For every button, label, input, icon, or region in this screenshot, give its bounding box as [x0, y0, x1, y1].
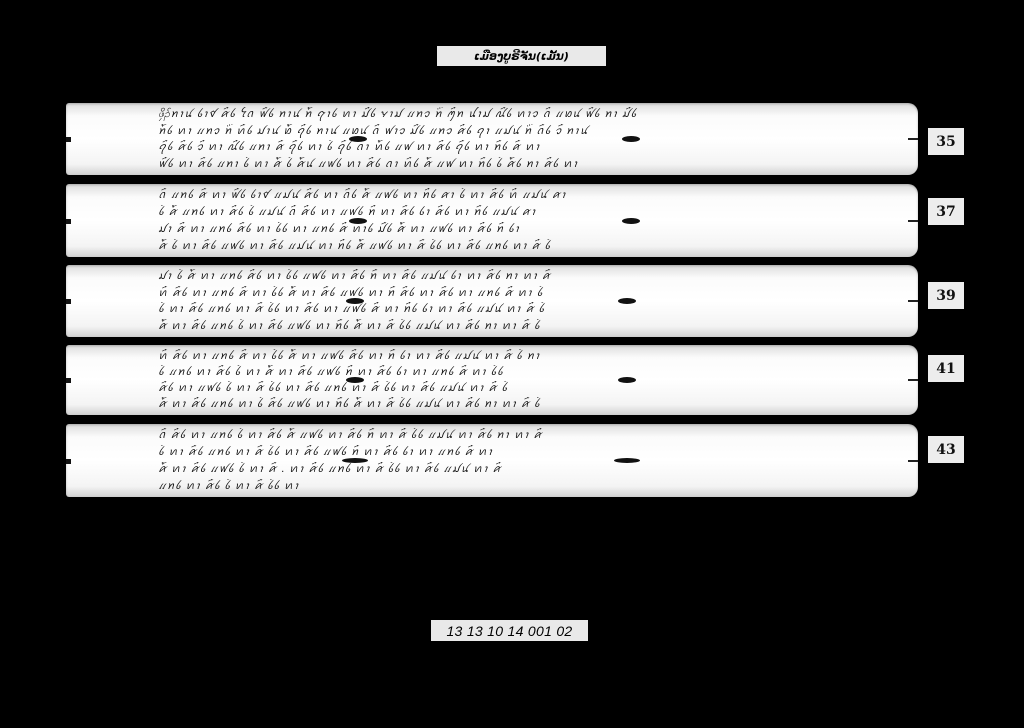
leaf-string-notch-left [66, 137, 71, 142]
leaf-line: ꪣꪱ ꪁꪸ ꪕꪱ ꪵꪀꪉ ꪁꪸꪉ ꪕꪱ ꪉꪸꪉ ꪕꪱ ꪵꪀꪉ ꪁꪸ ꪕꪱꪉ ꪣꪸ… [158, 222, 890, 236]
leaf-line: ꪒꪸ ꪵꪀꪉ ꪁꪸ ꪕꪱ ꪝꪸꪉ ꪉꪱꪥ ꪵꪣꪙ ꪁꪸꪉ ꪕꪱ ꪒꪸꪉ ꪁꪳ ꪵ… [158, 188, 890, 202]
leaf-line: ꪖꪸꪉ ꪁꪸꪉ ꪫꪸ ꪕꪱ ꪄꪸꪉ ꪵꪀꪱ ꪁꪸ ꪖꪸꪉ ꪕꪱ ꪉꪸ ꪖꪸꪉ ꪒ… [158, 140, 890, 154]
leaf-line: ꪉꪸ ꪕꪱ ꪁꪸꪉ ꪵꪀꪉ ꪕꪱ ꪁꪸ ꪉꪸꪉ ꪕꪱ ꪁꪸꪉ ꪵꪝꪉ ꪀꪸ ꪕꪱ… [158, 445, 890, 459]
palm-leaf-43: ꪒꪸ ꪁꪸꪉ ꪕꪱ ꪵꪀꪉ ꪉꪸ ꪕꪱ ꪁꪸꪉ ꪁꪳ ꪵꪝꪉ ꪕꪱ ꪁꪸꪉ ꪀꪸ… [66, 424, 918, 497]
leaf-string-notch-right [908, 379, 918, 381]
leaf-line: ꪣꪱ ꪉꪸ ꪁꪳ ꪕꪱ ꪵꪀꪉ ꪁꪸꪉ ꪕꪱ ꪉꪸꪉ ꪵꪝꪉ ꪕꪱ ꪁꪸꪉ ꪀꪸ… [158, 269, 890, 283]
leaf-string-notch-right [908, 138, 918, 140]
leaf-string-notch-right [908, 460, 918, 462]
leaf-text-block: ꪒꪸ ꪁꪸꪉ ꪕꪱ ꪵꪀꪉ ꪉꪸ ꪕꪱ ꪁꪸꪉ ꪁꪳ ꪵꪝꪉ ꪕꪱ ꪁꪸꪉ ꪀꪸ… [158, 428, 890, 493]
page-number-label: 41 [928, 355, 964, 382]
leaf-line: ꪁꪳ ꪕꪱ ꪁꪸꪉ ꪵꪝꪉ ꪉꪸ ꪕꪱ ꪁꪸ . ꪕꪱ ꪁꪸꪉ ꪵꪀꪉ ꪕꪱ ꪁ… [158, 462, 890, 476]
leaf-line: ꪀꪳꪉ ꪕꪱ ꪵꪀꪫ ꪀꪾ ꪕꪸꪉ ꪣꪱꪙ ꪭꪳ ꪖꪸꪉ ꪀꪱꪙ ꪵꪭꪙ ꪒꪸ … [158, 124, 890, 138]
leaf-line: ꪁꪳ ꪉꪸ ꪕꪱ ꪁꪸꪉ ꪵꪝꪉ ꪕꪱ ꪁꪸꪉ ꪵꪣꪙ ꪕꪱ ꪀꪸꪉ ꪁꪳ ꪵꪝ… [158, 239, 890, 253]
leaf-line: ꪉꪸ ꪵꪀꪉ ꪕꪱ ꪁꪸꪉ ꪉꪸ ꪕꪱ ꪁꪳ ꪕꪱ ꪁꪸꪉ ꪵꪝꪉ ꪀꪸ ꪕꪱ … [158, 365, 890, 379]
leaf-text-block: ꪕꪸ ꪁꪸꪉ ꪕꪱ ꪵꪀꪉ ꪁꪸ ꪕꪱ ꪉꪸꪉ ꪁꪳ ꪕꪱ ꪵꪝꪉ ꪁꪸꪉ ꪕꪱ… [158, 349, 890, 411]
palm-leaf-39: ꪣꪱ ꪉꪸ ꪁꪳ ꪕꪱ ꪵꪀꪉ ꪁꪸꪉ ꪕꪱ ꪉꪸꪉ ꪵꪝꪉ ꪕꪱ ꪁꪸꪉ ꪀꪸ… [66, 265, 918, 337]
leaf-line: ꪁꪳ ꪕꪱ ꪁꪸꪉ ꪵꪀꪉ ꪕꪱ ꪉꪸ ꪁꪸꪉ ꪵꪝꪉ ꪕꪱ ꪀꪸꪉ ꪁꪳ ꪕꪱ… [158, 397, 890, 411]
leaf-line: ꪉꪸ ꪕꪱ ꪁꪸꪉ ꪵꪀꪉ ꪕꪱ ꪁꪸ ꪉꪸꪉ ꪕꪱ ꪁꪸꪉ ꪕꪱ ꪵꪝꪉ ꪁꪸ… [158, 302, 890, 316]
leaf-text-block: ဖၠိၣ်ꪀꪱꪙ ꪉꪱꪥ ꪁꪸꪉ ꪼꪒ ꪝꪸꪉ ꪀꪱꪙ ꪀꪳ ꪋꪱꪉ ꪕꪱ ꪣꪸ… [158, 107, 890, 171]
leaf-line: ꪝꪸꪉ ꪕꪱ ꪁꪸꪉ ꪵꪀꪱ ꪉꪸ ꪕꪱ ꪁꪳ ꪉꪸ ꪁꪳꪙ ꪵꪝꪉ ꪕꪱ ꪁꪸ… [158, 157, 890, 171]
palm-leaf-35: ဖၠိၣ်ꪀꪱꪙ ꪉꪱꪥ ꪁꪸꪉ ꪼꪒ ꪝꪸꪉ ꪀꪱꪙ ꪀꪳ ꪋꪱꪉ ꪕꪱ ꪣꪸ… [66, 103, 918, 175]
leaf-string-notch-right [908, 220, 918, 222]
leaf-string-notch-left [66, 219, 71, 224]
leaf-line: ꪕꪸ ꪁꪸꪉ ꪕꪱ ꪵꪀꪉ ꪁꪸ ꪕꪱ ꪉꪸꪉ ꪁꪳ ꪕꪱ ꪁꪸꪉ ꪵꪝꪉ ꪕꪱ… [158, 286, 890, 300]
page-number-label: 43 [928, 436, 964, 463]
archive-code-label: 13 13 10 14 001 02 [431, 620, 588, 641]
leaf-line: ဖၠိၣ်ꪀꪱꪙ ꪉꪱꪥ ꪁꪸꪉ ꪼꪒ ꪝꪸꪉ ꪀꪱꪙ ꪀꪳ ꪋꪱꪉ ꪕꪱ ꪣꪸ… [158, 107, 890, 121]
leaf-line: ꪵꪀꪉ ꪕꪱ ꪁꪸꪉ ꪉꪸ ꪕꪱ ꪁꪸ ꪉꪸꪉ ꪕꪱ [158, 479, 890, 493]
palm-leaf-41: ꪕꪸ ꪁꪸꪉ ꪕꪱ ꪵꪀꪉ ꪁꪸ ꪕꪱ ꪉꪸꪉ ꪁꪳ ꪕꪱ ꪵꪝꪉ ꪁꪸꪉ ꪕꪱ… [66, 345, 918, 415]
manuscript-title-text: ເມືອງບູຣີຈັນ(ເມັ້ນ) [474, 50, 569, 63]
leaf-line: ꪉꪸ ꪁꪳ ꪵꪀꪉ ꪕꪱ ꪁꪸꪉ ꪉꪸ ꪵꪣꪙ ꪒꪸ ꪁꪸꪉ ꪕꪱ ꪵꪝꪉ ꪀꪸ… [158, 205, 890, 219]
leaf-line: ꪁꪸꪉ ꪕꪱ ꪵꪝꪉ ꪉꪸ ꪕꪱ ꪁꪸ ꪉꪸꪉ ꪕꪱ ꪁꪸꪉ ꪵꪀꪉ ꪕꪱ ꪁꪸ… [158, 381, 890, 395]
leaf-line: ꪕꪸ ꪁꪸꪉ ꪕꪱ ꪵꪀꪉ ꪁꪸ ꪕꪱ ꪉꪸꪉ ꪁꪳ ꪕꪱ ꪵꪝꪉ ꪁꪸꪉ ꪕꪱ… [158, 349, 890, 363]
page-number-label: 39 [928, 282, 964, 309]
palm-leaf-37: ꪒꪸ ꪵꪀꪉ ꪁꪸ ꪕꪱ ꪝꪸꪉ ꪉꪱꪥ ꪵꪣꪙ ꪁꪸꪉ ꪕꪱ ꪒꪸꪉ ꪁꪳ ꪵ… [66, 184, 918, 257]
leaf-string-notch-left [66, 378, 71, 383]
leaf-text-block: ꪣꪱ ꪉꪸ ꪁꪳ ꪕꪱ ꪵꪀꪉ ꪁꪸꪉ ꪕꪱ ꪉꪸꪉ ꪵꪝꪉ ꪕꪱ ꪁꪸꪉ ꪀꪸ… [158, 269, 890, 333]
page-number-label: 37 [928, 198, 964, 225]
archive-code-text: 13 13 10 14 001 02 [446, 623, 572, 639]
leaf-line: ꪒꪸ ꪁꪸꪉ ꪕꪱ ꪵꪀꪉ ꪉꪸ ꪕꪱ ꪁꪸꪉ ꪁꪳ ꪵꪝꪉ ꪕꪱ ꪁꪸꪉ ꪀꪸ… [158, 428, 890, 442]
manuscript-title-label: ເມືອງບູຣີຈັນ(ເມັ້ນ) [437, 46, 606, 66]
leaf-text-block: ꪒꪸ ꪵꪀꪉ ꪁꪸ ꪕꪱ ꪝꪸꪉ ꪉꪱꪥ ꪵꪣꪙ ꪁꪸꪉ ꪕꪱ ꪒꪸꪉ ꪁꪳ ꪵ… [158, 188, 890, 253]
leaf-string-notch-left [66, 459, 71, 464]
leaf-line: ꪁꪳ ꪕꪱ ꪁꪸꪉ ꪵꪀꪉ ꪉꪸ ꪕꪱ ꪁꪸꪉ ꪵꪝꪉ ꪕꪱ ꪀꪸꪉ ꪁꪳ ꪕꪱ… [158, 319, 890, 333]
leaf-string-notch-right [908, 300, 918, 302]
leaf-string-notch-left [66, 299, 71, 304]
page-number-label: 35 [928, 128, 964, 155]
